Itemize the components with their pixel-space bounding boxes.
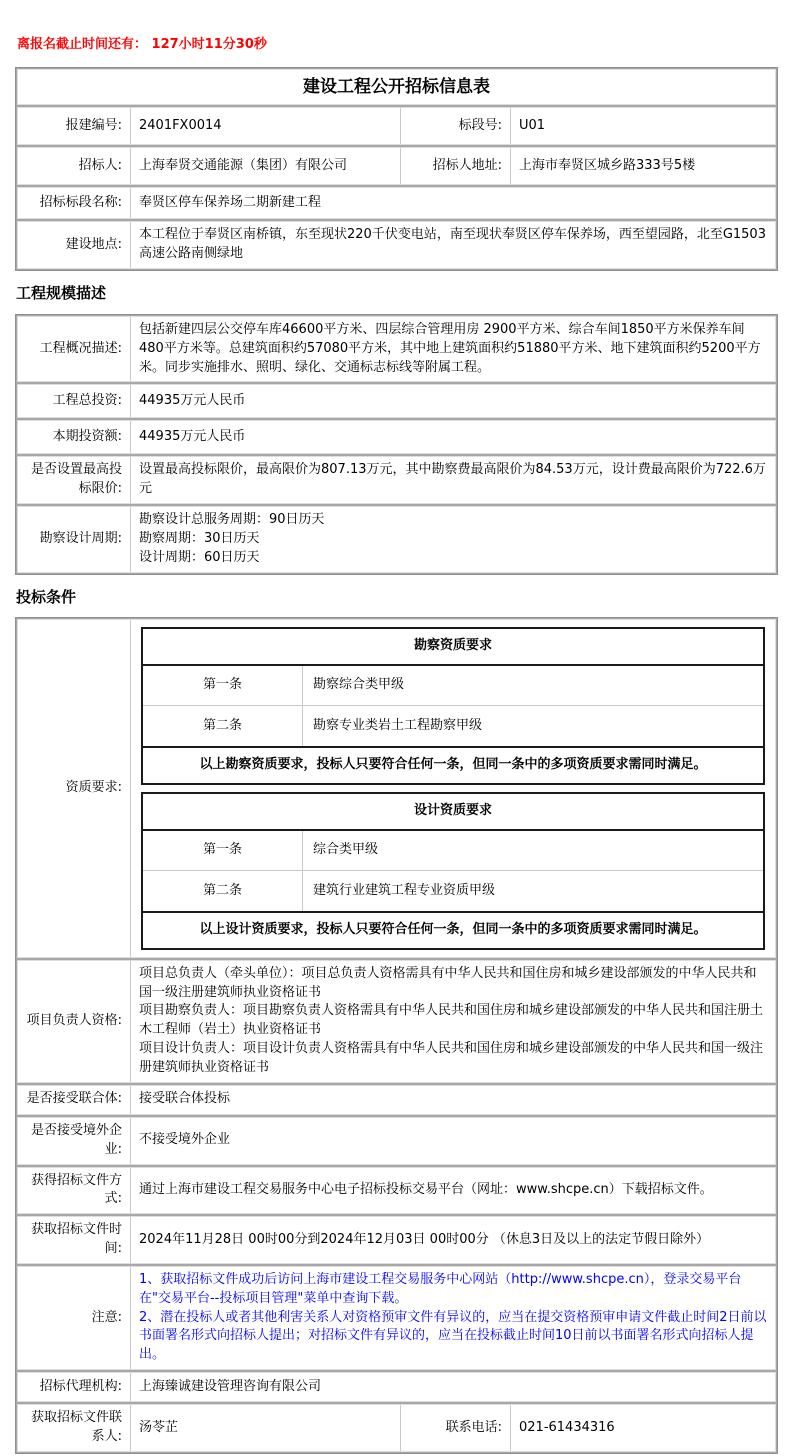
clause-no: 第二条 — [143, 706, 303, 746]
leader-line-survey: 项目勘察负责人：项目勘察负责人资格需具有中华人民共和国住房和城乡建设部颁发的中华… — [139, 1002, 767, 1040]
section-no-label: 标段号: — [400, 108, 511, 144]
survey-qual-header: 勘察资质要求 — [143, 629, 763, 666]
tender-info-page: 离报名截止时间还有： 127小时11分30秒 建设工程公开招标信息表 报建编号:… — [0, 0, 793, 1456]
table-row: 建设地点: 本工程位于奉贤区南桥镇，东至现状220千伏变电站，南至现状奉贤区停车… — [17, 221, 776, 269]
consortium-value: 接受联合体投标 — [131, 1086, 775, 1114]
overseas-value: 不接受境外企业 — [131, 1118, 775, 1164]
section-heading-scale: 工程规模描述 — [16, 283, 778, 305]
tenderee-value: 上海奉贤交通能源（集团）有限公司 — [131, 148, 400, 184]
design-qual-header: 设计资质要求 — [143, 794, 763, 831]
period-line-design: 设计周期：60日历天 — [139, 549, 767, 568]
contact-row: 获取招标文件联系人: 汤苓芷 联系电话: 021-61434316 — [17, 1404, 776, 1452]
clause-no: 第一条 — [143, 666, 303, 705]
agency-value: 上海臻诚建设管理咨询有限公司 — [131, 1373, 775, 1401]
phase-invest-label: 本期投资额: — [18, 421, 131, 453]
qualification-row: 资质要求: 勘察资质要求 第一条 勘察综合类甲级 第二条 勘察专业类岩土工程勘察… — [17, 619, 776, 957]
bid-conditions-table: 资质要求: 勘察资质要求 第一条 勘察综合类甲级 第二条 勘察专业类岩土工程勘察… — [15, 617, 778, 1453]
tenderee-label: 招标人: — [18, 148, 131, 184]
overseas-label: 是否接受境外企业: — [18, 1118, 131, 1164]
total-invest-value: 44935万元人民币 — [131, 385, 775, 417]
tenderee-addr-value: 上海市奉贤区城乡路333号5楼 — [511, 148, 775, 184]
consortium-label: 是否接受联合体: — [18, 1086, 131, 1114]
clause-text: 勘察专业类岩土工程勘察甲级 — [303, 706, 763, 746]
period-line-total: 勘察设计总服务周期：90日历天 — [139, 511, 767, 530]
basic-info-table: 建设工程公开招标信息表 报建编号: 2401FX0014 标段号: U01 招标… — [15, 67, 778, 271]
table-row: 报建编号: 2401FX0014 标段号: U01 — [17, 107, 776, 145]
period-label: 勘察设计周期: — [18, 507, 131, 572]
clause-no: 第二条 — [143, 871, 303, 911]
phone-label: 联系电话: — [400, 1405, 511, 1451]
period-line-survey: 勘察周期：30日历天 — [139, 530, 767, 549]
survey-qual-note: 以上勘察资质要求，投标人只要符合任何一条，但同一条中的多项资质要求需同时满足。 — [143, 746, 763, 783]
countdown-label: 离报名截止时间还有： — [17, 37, 147, 52]
doc-time-row: 获取招标文件时间: 2024年11月28日 00时00分到2024年12月03日… — [17, 1216, 776, 1264]
doc-time-label: 获取招标文件时间: — [18, 1217, 131, 1263]
qualification-value: 勘察资质要求 第一条 勘察综合类甲级 第二条 勘察专业类岩土工程勘察甲级 以上勘… — [131, 620, 775, 956]
survey-qual-item-2: 第二条 勘察专业类岩土工程勘察甲级 — [143, 706, 763, 746]
location-value: 本工程位于奉贤区南桥镇，东至现状220千伏变电站，南至现状奉贤区停车保养场，西至… — [131, 222, 775, 268]
overseas-row: 是否接受境外企业: 不接受境外企业 — [17, 1117, 776, 1165]
survey-qual-item-1: 第一条 勘察综合类甲级 — [143, 666, 763, 706]
phone-value: 021-61434316 — [511, 1405, 775, 1451]
table-row: 勘察设计周期: 勘察设计总服务周期：90日历天 勘察周期：30日历天 设计周期：… — [17, 506, 776, 573]
price-limit-label: 是否设置最高投标限价: — [18, 457, 131, 503]
table-row: 工程概况描述: 包括新建四层公交停车库46600平方米、四层综合管理用房 290… — [17, 316, 776, 383]
total-invest-label: 工程总投资: — [18, 385, 131, 417]
design-qual-item-2: 第二条 建筑行业建筑工程专业资质甲级 — [143, 871, 763, 911]
contact-value: 汤苓芷 — [131, 1405, 400, 1451]
location-label: 建设地点: — [18, 222, 131, 268]
doc-time-value: 2024年11月28日 00时00分到2024年12月03日 00时00分 （休… — [131, 1217, 775, 1263]
section-name-label: 招标标段名称: — [18, 188, 131, 218]
table-row: 本期投资额: 44935万元人民币 — [17, 420, 776, 454]
phase-invest-value: 44935万元人民币 — [131, 421, 775, 453]
clause-text: 勘察综合类甲级 — [303, 666, 763, 705]
leader-line-design: 项目设计负责人：项目设计负责人资格需具有中华人民共和国住房和城乡建设部颁发的中华… — [139, 1040, 767, 1078]
overview-value: 包括新建四层公交停车库46600平方米、四层综合管理用房 2900平方米、综合车… — [131, 317, 775, 382]
section-name-value: 奉贤区停车保养场二期新建工程 — [131, 188, 775, 218]
reg-no-value: 2401FX0014 — [131, 108, 400, 144]
clause-text: 建筑行业建筑工程专业资质甲级 — [303, 871, 763, 911]
contact-label: 获取招标文件联系人: — [18, 1405, 131, 1451]
leader-value: 项目总负责人（牵头单位）：项目总负责人资格需具有中华人民共和国住房和城乡建设部颁… — [131, 961, 775, 1082]
notice-item-2: 2、潜在投标人或者其他利害关系人对资格预审文件有异议的，应当在提交资格预审申请文… — [139, 1309, 767, 1366]
reg-no-label: 报建编号: — [18, 108, 131, 144]
clause-text: 综合类甲级 — [303, 831, 763, 870]
section-no-value: U01 — [511, 108, 775, 144]
leader-row: 项目负责人资格: 项目总负责人（牵头单位）：项目总负责人资格需具有中华人民共和国… — [17, 960, 776, 1083]
design-qual-item-1: 第一条 综合类甲级 — [143, 831, 763, 871]
tenderee-addr-label: 招标人地址: — [400, 148, 511, 184]
table-row: 工程总投资: 44935万元人民币 — [17, 384, 776, 418]
leader-label: 项目负责人资格: — [18, 961, 131, 1082]
table-row: 招标人: 上海奉贤交通能源（集团）有限公司 招标人地址: 上海市奉贤区城乡路33… — [17, 147, 776, 185]
consortium-row: 是否接受联合体: 接受联合体投标 — [17, 1085, 776, 1115]
notice-item-1: 1、获取招标文件成功后访问上海市建设工程交易服务中心网站（http://www.… — [139, 1271, 767, 1309]
period-value: 勘察设计总服务周期：90日历天 勘察周期：30日历天 设计周期：60日历天 — [131, 507, 775, 572]
doc-method-row: 获得招标文件方式: 通过上海市建设工程交易服务中心电子招标投标交易平台（网址：w… — [17, 1167, 776, 1215]
leader-line-general: 项目总负责人（牵头单位）：项目总负责人资格需具有中华人民共和国住房和城乡建设部颁… — [139, 965, 767, 1003]
agency-label: 招标代理机构: — [18, 1373, 131, 1401]
price-limit-value: 设置最高投标限价，最高限价为807.13万元，其中勘察费最高限价为84.53万元… — [131, 457, 775, 503]
design-qual-note: 以上设计资质要求，投标人只要符合任何一条，但同一条中的多项资质要求需同时满足。 — [143, 911, 763, 948]
signup-countdown: 离报名截止时间还有： 127小时11分30秒 — [17, 36, 778, 55]
notice-label: 注意: — [18, 1267, 131, 1369]
agency-row: 招标代理机构: 上海臻诚建设管理咨询有限公司 — [17, 1372, 776, 1402]
countdown-value: 127小时11分30秒 — [152, 37, 267, 52]
doc-method-label: 获得招标文件方式: — [18, 1168, 131, 1214]
doc-method-value: 通过上海市建设工程交易服务中心电子招标投标交易平台（网址：www.shcpe.c… — [131, 1168, 775, 1214]
scale-table: 工程概况描述: 包括新建四层公交停车库46600平方米、四层综合管理用房 290… — [15, 314, 778, 575]
notice-row: 注意: 1、获取招标文件成功后访问上海市建设工程交易服务中心网站（http://… — [17, 1266, 776, 1370]
page-title: 建设工程公开招标信息表 — [18, 70, 775, 105]
table-row: 招标标段名称: 奉贤区停车保养场二期新建工程 — [17, 187, 776, 219]
table-title-row: 建设工程公开招标信息表 — [17, 69, 776, 106]
survey-qualification-table: 勘察资质要求 第一条 勘察综合类甲级 第二条 勘察专业类岩土工程勘察甲级 以上勘… — [141, 627, 765, 785]
clause-no: 第一条 — [143, 831, 303, 870]
section-heading-bid: 投标条件 — [16, 587, 778, 609]
table-row: 是否设置最高投标限价: 设置最高投标限价，最高限价为807.13万元，其中勘察费… — [17, 456, 776, 504]
qualification-label: 资质要求: — [18, 620, 131, 956]
design-qualification-table: 设计资质要求 第一条 综合类甲级 第二条 建筑行业建筑工程专业资质甲级 以上设计… — [141, 792, 765, 950]
notice-value: 1、获取招标文件成功后访问上海市建设工程交易服务中心网站（http://www.… — [131, 1267, 775, 1369]
overview-label: 工程概况描述: — [18, 317, 131, 382]
